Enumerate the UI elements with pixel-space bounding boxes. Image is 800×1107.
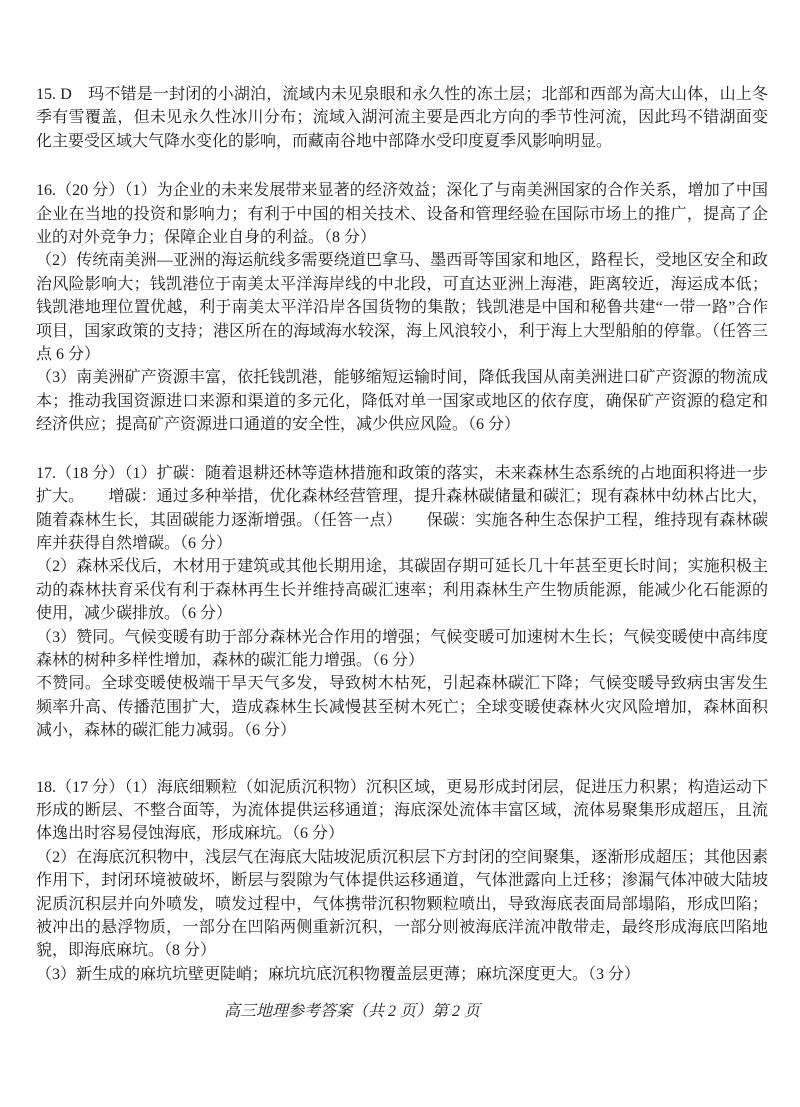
answer-q16-part3: （3）南美洲矿产资源丰富，依托钱凯港，能够缩短运输时间，降低我国从南美洲进口矿产…: [36, 366, 768, 436]
answer-block-q15: 15. D 玛不错是一封闭的小湖泊，流域内未见泉眼和永久性的冻土层；北部和西部为…: [36, 83, 768, 153]
answer-block-q16: 16.（20 分）（1）为企业的未来发展带来显著的经济效益；深化了与南美洲国家的…: [36, 179, 768, 436]
answer-q17-part3-disagree: 不赞同。全球变暖使极端干旱天气多发，导致树木枯死，引起森林碳汇下降；气候变暖导致…: [36, 672, 768, 742]
answer-key-page: 15. D 玛不错是一封闭的小湖泊，流域内未见泉眼和永久性的冻土层；北部和西部为…: [0, 0, 800, 1107]
answer-q18-part2: （2）在海底沉积物中，浅层气在海底大陆坡泥质沉积层下方封闭的空间聚集，逐渐形成超…: [36, 846, 768, 963]
answer-q18-part1: 18.（17 分）（1）海底细颗粒（如泥质沉积物）沉积区域，更易形成封闭层，促进…: [36, 776, 768, 846]
answer-q15: 15. D 玛不错是一封闭的小湖泊，流域内未见泉眼和永久性的冻土层；北部和西部为…: [36, 83, 768, 153]
answer-q16-part2: （2）传统南美洲—亚洲的海运航线多需要绕道巴拿马、墨西哥等国家和地区，路程长，受…: [36, 249, 768, 366]
page-footer: 高三地理参考答案（共 2 页）第 2 页: [0, 1000, 800, 1023]
answer-q18-part3: （3）新生成的麻坑坑壁更陡峭；麻坑坑底沉积物覆盖层更薄；麻坑深度更大。（3 分）: [36, 963, 768, 986]
page-footer-text: 高三地理参考答案（共 2 页）第 2 页: [0, 1000, 704, 1023]
answer-q17-part2: （2）森林采伐后，木材用于建筑或其他长期用途，其碳固存期可延长几十年甚至更长时间…: [36, 555, 768, 625]
answer-q17-part1: 17.（18 分）（1）扩碳：随着退耕还林等造林措施和政策的落实，未来森林生态系…: [36, 462, 768, 556]
answer-q16-part1: 16.（20 分）（1）为企业的未来发展带来显著的经济效益；深化了与南美洲国家的…: [36, 179, 768, 249]
answer-block-q17: 17.（18 分）（1）扩碳：随着退耕还林等造林措施和政策的落实，未来森林生态系…: [36, 462, 768, 743]
answer-q17-part3-agree: （3）赞同。气候变暖有助于部分森林光合作用的增强；气候变暖可加速树木生长；气候变…: [36, 626, 768, 673]
answer-block-q18: 18.（17 分）（1）海底细颗粒（如泥质沉积物）沉积区域，更易形成封闭层，促进…: [36, 776, 768, 987]
